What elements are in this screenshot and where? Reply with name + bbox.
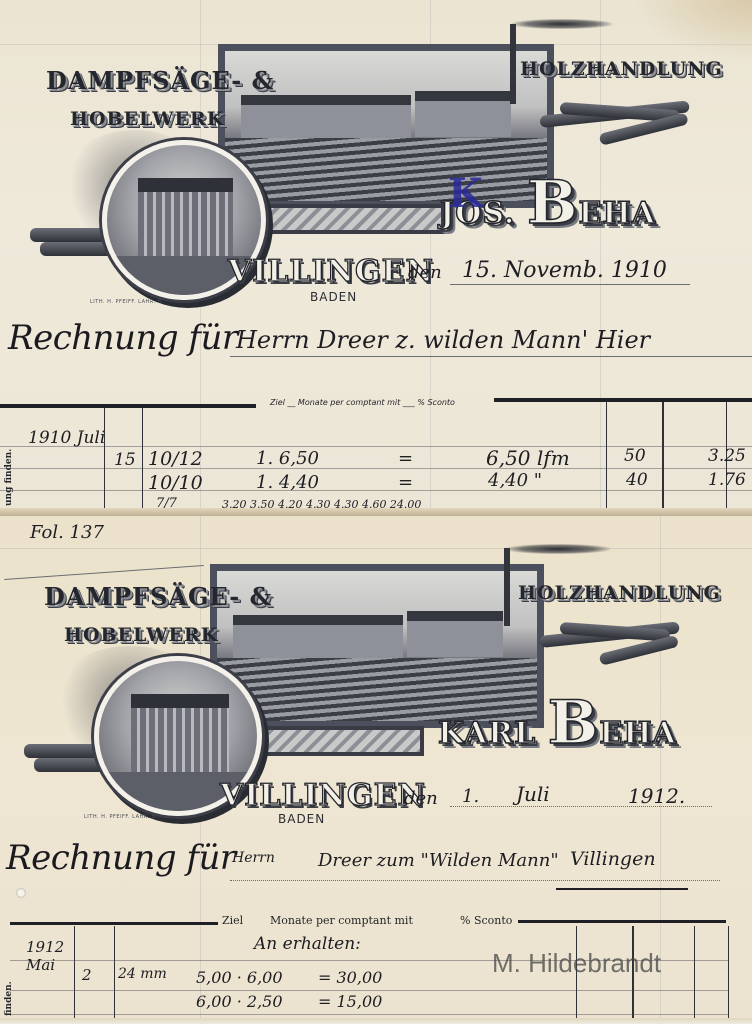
heavy-rule-left: [10, 922, 218, 925]
chimney: [510, 24, 516, 104]
cell-amount: 4,40 ": [488, 470, 542, 491]
ribbon-panel: [262, 204, 445, 234]
cell-year-month: 1912 Mai: [26, 938, 66, 974]
region-name: BADEN: [278, 812, 325, 826]
cell-qty: 40: [626, 470, 648, 490]
cell-calc: 1. 6,50: [256, 448, 319, 469]
cell-amount: 6,50 lfm: [486, 446, 570, 470]
date-day: 1.: [462, 786, 479, 807]
cell-spec: 10/12: [148, 448, 203, 470]
cell-qty: 50: [624, 446, 646, 466]
firm-name: KARL BEHA: [438, 688, 677, 758]
blue-stamp-overprint: K: [448, 170, 483, 217]
city-name: VILLINGEN: [220, 778, 426, 813]
chimney: [504, 548, 510, 626]
salutation: Herrn: [232, 850, 275, 866]
letterhead-line1: DAMPFSÄGE- &: [44, 582, 272, 611]
annotation-flourish: [4, 565, 204, 580]
letterhead-trade: HOLZHANDLUNG: [520, 58, 723, 80]
firm-initial: B: [527, 168, 579, 238]
cell-calc: 6,00 · 2,50: [196, 992, 283, 1011]
cell-total: 3.25: [708, 446, 746, 466]
cell-text: An erhalten:: [254, 934, 361, 954]
ribbon-panel: [256, 726, 424, 756]
cell-spec: 24 mm: [118, 966, 167, 982]
cell-calc: 5,00 · 6,00: [196, 968, 283, 987]
date-prefix: den: [404, 788, 438, 809]
grid-line: [0, 548, 752, 549]
date-underline: [450, 284, 690, 285]
firm-surname-rest: EHA: [599, 716, 677, 751]
side-note: ung finden.: [4, 449, 14, 506]
letterhead-line1: DAMPFSÄGE- &: [46, 66, 274, 95]
recipient-underline: [230, 356, 752, 357]
smoke: [506, 544, 610, 554]
cell-eq: =: [398, 448, 413, 469]
invoice-sheet-1910: DAMPFSÄGE- & HOBELWERK HOLZHANDLUNG JOS.…: [0, 0, 752, 516]
cell-year-month: 1910 Juli: [28, 428, 105, 448]
cell-eq: =: [398, 472, 413, 493]
log-pile: [540, 96, 700, 166]
invoice-heading: Rechnung für: [8, 318, 238, 358]
row-line: [10, 990, 728, 991]
column-divider: [74, 926, 75, 1024]
heavy-rule-right: [518, 920, 726, 923]
cell-result: = 30,00: [318, 968, 382, 987]
letterhead-line2: HOBELWERK: [64, 624, 218, 646]
firm-surname-rest: EHA: [579, 196, 657, 231]
letterhead-line2: HOBELWERK: [70, 108, 224, 130]
cell-spec: 10/10: [148, 472, 203, 494]
heavy-rule-right: [494, 398, 752, 402]
recipient-dotted-line: [230, 880, 720, 881]
terms-sconto: % Sconto: [460, 914, 512, 927]
column-divider: [142, 408, 143, 516]
firm-first-name: KARL: [438, 716, 536, 751]
letterhead-trade: HOLZHANDLUNG: [518, 582, 721, 604]
cell-total: 1.76: [708, 470, 746, 490]
row-line: [0, 468, 752, 469]
region-name: BADEN: [310, 290, 357, 304]
place-underline: [556, 888, 688, 890]
cell-calc: 1. 4,40: [256, 472, 319, 493]
punch-hole: [16, 888, 26, 898]
column-divider: [104, 408, 105, 516]
column-divider: [694, 926, 695, 1024]
date-value: 15. Novemb. 1910: [462, 258, 667, 283]
row-line: [10, 1014, 728, 1015]
heavy-rule-left: [0, 404, 256, 408]
torn-edge: [0, 508, 752, 516]
printer-credit: LITH. H. PFEIFF. LAHR. B.: [84, 814, 158, 820]
recipient: Herrn Dreer z. wilden Mann' Hier: [236, 326, 650, 354]
side-note: finden.: [4, 981, 14, 1016]
printer-credit: LITH. H. PFEIFF. LAHR. B.: [90, 299, 164, 305]
column-divider: [662, 402, 664, 516]
log-pile: [540, 616, 690, 686]
column-divider: [114, 926, 115, 1024]
recipient: Dreer zum "Wilden Mann": [318, 850, 559, 871]
date-year: 1912.: [628, 784, 685, 808]
watermark: M. Hildebrandt: [492, 948, 661, 979]
terms-ziel: Ziel: [222, 914, 243, 927]
recipient-place: Villingen: [570, 848, 656, 870]
terms-monate: Monate per comptant mit: [270, 914, 413, 927]
date-prefix: den: [408, 262, 442, 283]
invoice-heading: Rechnung für: [6, 838, 236, 878]
smoke: [512, 19, 612, 29]
date-dotted-line: [450, 806, 712, 807]
payment-terms: Ziel __ Monate per comptant mit ___ % Sc…: [270, 398, 455, 407]
column-divider: [728, 926, 729, 1024]
folio-annotation: Fol. 137: [30, 522, 104, 543]
firm-initial: B: [548, 688, 600, 758]
cell-day: 2: [82, 966, 92, 984]
column-divider: [606, 402, 607, 516]
city-name: VILLINGEN: [228, 254, 434, 289]
cell-result: = 15,00: [318, 992, 382, 1011]
invoice-sheet-1912: Fol. 137 DAMPFSÄGE- & HOBELWERK HOLZHAND…: [0, 516, 752, 1024]
cell-day: 15: [114, 450, 136, 470]
torn-edge: [0, 1018, 752, 1024]
paper-crease: [632, 0, 752, 60]
date-month: Juli: [516, 782, 550, 806]
row-line: [0, 490, 752, 491]
